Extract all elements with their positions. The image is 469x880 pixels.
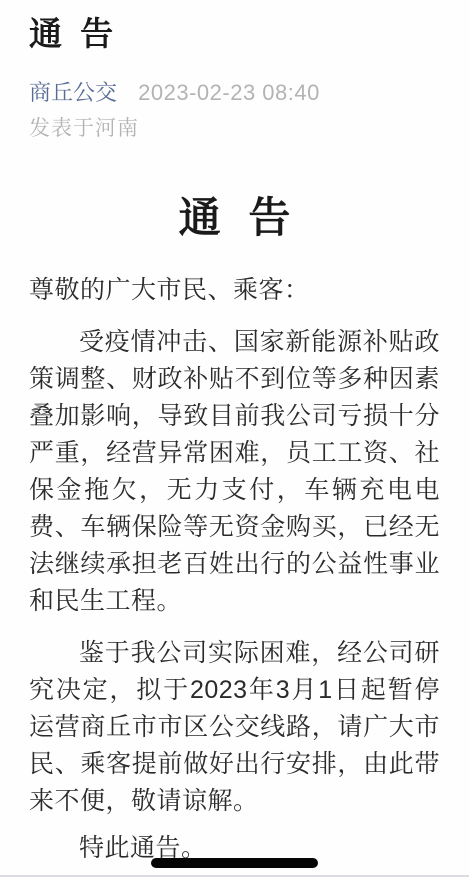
publish-date: 2023-02-23 08:40: [138, 80, 320, 105]
bottom-divider: [0, 875, 469, 877]
document-title: 通 告: [29, 192, 440, 243]
article-header: 通 告 商丘公交 2023-02-23 08:40 发表于河南: [29, 13, 440, 141]
redaction-bar: [151, 858, 318, 868]
page-title: 通 告: [29, 13, 440, 55]
salutation: 尊敬的广大市民、乘客：: [29, 272, 440, 309]
publish-location: 发表于河南: [29, 117, 440, 141]
paragraph-causes: 受疫情冲击、国家新能源补贴政策调整、财政补贴不到位等多种因素叠加影响，导致目前我…: [29, 324, 440, 620]
article-page: 通 告 商丘公交 2023-02-23 08:40 发表于河南 通 告 尊敬的广…: [0, 0, 469, 880]
paragraph-decision: 鉴于我公司实际困难，经公司研究决定，拟于2023年3月1日起暂停运营商丘市市区公…: [29, 635, 440, 820]
article-body: 通 告 尊敬的广大市民、乘客： 受疫情冲击、国家新能源补贴政策调整、财政补贴不到…: [29, 192, 440, 867]
byline: 商丘公交 2023-02-23 08:40: [29, 80, 440, 105]
author-link[interactable]: 商丘公交: [29, 80, 117, 105]
